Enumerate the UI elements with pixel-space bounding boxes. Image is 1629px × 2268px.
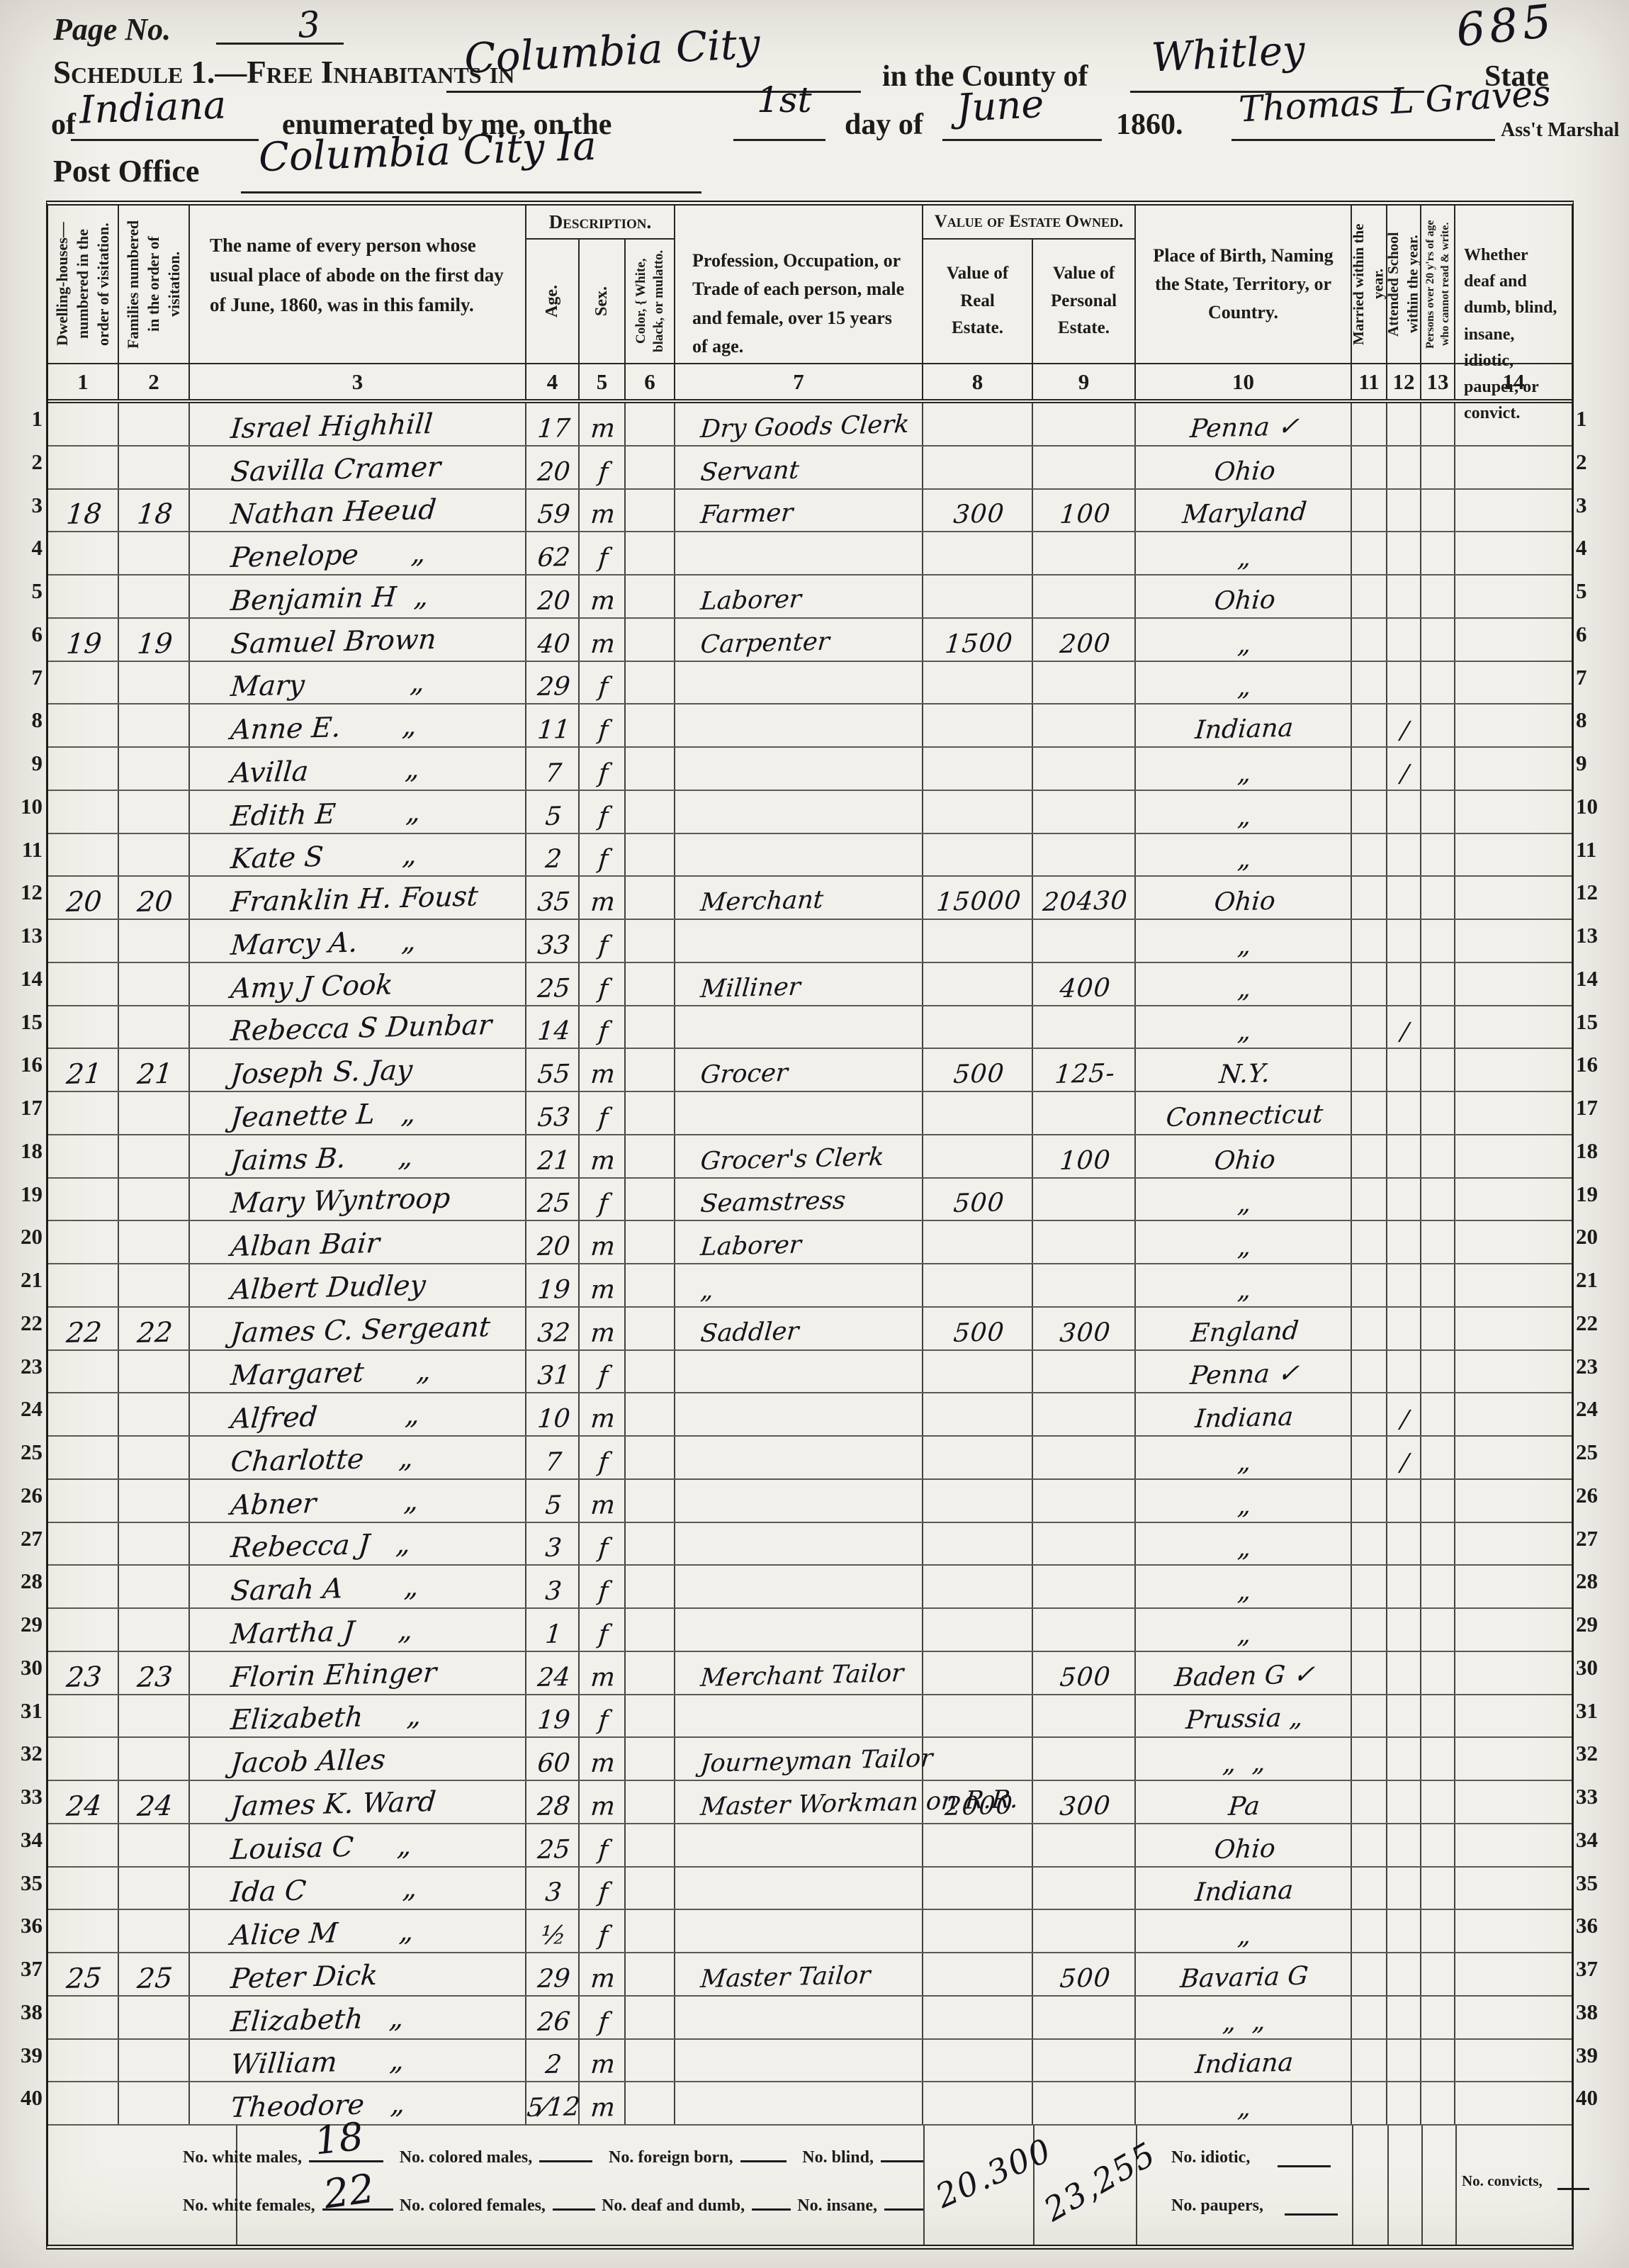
cell-text: 125- bbox=[1054, 1060, 1116, 1089]
cell-text: „ bbox=[1236, 1620, 1252, 1649]
cell-text: Albert Dudley bbox=[230, 1271, 427, 1305]
cell-age: ½ bbox=[526, 1910, 580, 1952]
cell-text: Penelope „ bbox=[230, 539, 427, 573]
cell-birthplace: „ bbox=[1136, 834, 1352, 876]
gutter-number-left: 26 bbox=[10, 1483, 43, 1508]
cell-school bbox=[1387, 662, 1421, 704]
gutter-number-left: 19 bbox=[10, 1181, 43, 1207]
cell-remarks bbox=[1455, 834, 1572, 876]
column-number: 11 bbox=[1352, 364, 1387, 399]
header-color-label: Color, { White, black, or mulatto. bbox=[632, 245, 667, 358]
cell-text: 25 bbox=[536, 1835, 571, 1864]
cell-married bbox=[1352, 1006, 1387, 1048]
cell-name: Rebecca J „ bbox=[190, 1523, 526, 1565]
schedule-place-written: Columbia City bbox=[463, 19, 762, 83]
cell-family bbox=[119, 1523, 190, 1565]
real-estate-total: 20.300 bbox=[930, 2131, 1057, 2216]
cell-real_estate bbox=[923, 1221, 1033, 1263]
cell-text: 32 bbox=[536, 1318, 571, 1347]
cell-text: „ bbox=[1236, 1578, 1252, 1606]
cell-text: 29 bbox=[536, 673, 571, 702]
gutter-number-right: 3 bbox=[1576, 493, 1608, 518]
cell-text: Prussia „ bbox=[1185, 1704, 1304, 1735]
cell-text: m bbox=[590, 1965, 616, 1994]
cell-text: Merchant bbox=[699, 886, 825, 917]
cell-birthplace: Ohio bbox=[1136, 877, 1352, 919]
cell-age: 53 bbox=[526, 1092, 580, 1134]
cell-occupation bbox=[675, 1523, 923, 1565]
cell-color bbox=[626, 791, 675, 833]
gutter-number-left: 21 bbox=[10, 1267, 43, 1293]
cell-text: Connecticut bbox=[1165, 1100, 1324, 1132]
cell-text: f bbox=[597, 1620, 609, 1649]
cell-school bbox=[1387, 1868, 1421, 1909]
cell-personal_estate bbox=[1033, 1910, 1136, 1952]
cell-dwelling bbox=[48, 1910, 119, 1952]
cell-occupation: Carpenter bbox=[675, 619, 923, 661]
cell-family: 23 bbox=[119, 1652, 190, 1694]
cell-text: Martha J „ bbox=[230, 1617, 414, 1649]
cell-personal_estate: 125- bbox=[1033, 1049, 1136, 1091]
header-families: Families numbered in the order of visita… bbox=[119, 206, 190, 363]
cell-age: 3 bbox=[526, 1566, 580, 1607]
cell-name: Charlotte „ bbox=[190, 1437, 526, 1478]
cell-family bbox=[119, 532, 190, 574]
colored-males-underline bbox=[539, 2157, 592, 2162]
cell-sex: m bbox=[580, 1308, 626, 1349]
gutter-number-right: 30 bbox=[1576, 1655, 1608, 1680]
cell-name: Savilla Cramer bbox=[190, 447, 526, 488]
cell-married bbox=[1352, 1738, 1387, 1780]
cell-color bbox=[626, 1910, 675, 1952]
cell-text: 23 bbox=[65, 1663, 103, 1692]
cell-age: 28 bbox=[526, 1781, 580, 1823]
cell-occupation bbox=[675, 1092, 923, 1134]
cell-name: Martha J „ bbox=[190, 1609, 526, 1651]
cell-birthplace: „ bbox=[1136, 748, 1352, 790]
cell-text: „ bbox=[1236, 1276, 1252, 1304]
cell-text: „ bbox=[1236, 2094, 1252, 2123]
table-row: Jacob Alles60mJourneyman Tailor„ „ bbox=[48, 1738, 1572, 1781]
cell-text: 400 bbox=[1059, 974, 1112, 1004]
cell-birthplace: „ bbox=[1136, 1437, 1352, 1478]
cell-married bbox=[1352, 1523, 1387, 1565]
cell-remarks bbox=[1455, 447, 1572, 488]
cell-personal_estate bbox=[1033, 2082, 1136, 2124]
gutter-number-left: 40 bbox=[10, 2085, 43, 2111]
cell-school bbox=[1387, 1910, 1421, 1952]
cell-age: 20 bbox=[526, 576, 580, 617]
idiotic-underline bbox=[1278, 2162, 1331, 2167]
cell-school bbox=[1387, 2040, 1421, 2082]
cell-text: 3 bbox=[544, 1577, 563, 1606]
table-row: Benjamin H „20mLaborerOhio bbox=[48, 576, 1572, 619]
gutter-number-right: 37 bbox=[1576, 1956, 1608, 1982]
cell-married bbox=[1352, 1437, 1387, 1478]
cell-text: Jaims B. „ bbox=[230, 1143, 414, 1175]
gutter-number-right: 10 bbox=[1576, 794, 1608, 819]
cell-cannot_read bbox=[1421, 1308, 1455, 1349]
cell-text: 3 bbox=[544, 1534, 563, 1564]
cell-occupation: Saddler bbox=[675, 1308, 923, 1349]
cell-real_estate bbox=[923, 1824, 1033, 1866]
cell-name: Franklin H. Foust bbox=[190, 877, 526, 919]
census-page: Page No. 3 685 Schedule 1.—Free Inhabita… bbox=[0, 0, 1629, 2268]
county-written: Whitley bbox=[1150, 27, 1306, 81]
table-row: Martha J „1f„ bbox=[48, 1609, 1572, 1652]
cell-family: 20 bbox=[119, 877, 190, 919]
cell-cannot_read bbox=[1421, 791, 1455, 833]
cell-color bbox=[626, 619, 675, 661]
deaf-dumb-group: No. deaf and dumb, bbox=[602, 2196, 791, 2216]
cell-sex: m bbox=[580, 2040, 626, 2082]
cell-cannot_read bbox=[1421, 619, 1455, 661]
cell-school bbox=[1387, 1781, 1421, 1823]
paupers-label: No. paupers, bbox=[1171, 2196, 1263, 2216]
cell-text: Saddler bbox=[699, 1317, 800, 1347]
cell-occupation bbox=[675, 1566, 923, 1607]
cell-married bbox=[1352, 447, 1387, 488]
cell-color bbox=[626, 748, 675, 790]
cell-birthplace: „ bbox=[1136, 1006, 1352, 1048]
cell-color bbox=[626, 1652, 675, 1694]
gutter-number-left: 9 bbox=[10, 751, 43, 776]
cell-text: „ bbox=[1236, 544, 1252, 573]
cell-age: 3 bbox=[526, 1523, 580, 1565]
cell-family bbox=[119, 1006, 190, 1048]
cell-text: Seamstress bbox=[699, 1186, 847, 1218]
cell-text: Louisa C „ bbox=[230, 1831, 412, 1864]
cell-school bbox=[1387, 963, 1421, 1005]
gutter-number-right: 21 bbox=[1576, 1267, 1608, 1293]
cell-sex: f bbox=[580, 447, 626, 488]
cell-sex: f bbox=[580, 1566, 626, 1607]
cell-text: f bbox=[597, 544, 609, 573]
cell-school bbox=[1387, 1953, 1421, 1995]
gutter-number-right: 18 bbox=[1576, 1138, 1608, 1164]
cell-cannot_read bbox=[1421, 1609, 1455, 1651]
cell-name: Jeanette L „ bbox=[190, 1092, 526, 1134]
table-row: Penelope „62f„ bbox=[48, 532, 1572, 576]
cell-name: Penelope „ bbox=[190, 532, 526, 574]
cell-text: Rebecca S Dunbar bbox=[230, 1011, 492, 1046]
table-row: 2424James K. Ward28mMaster Workman on R.… bbox=[48, 1781, 1572, 1824]
cell-age: 62 bbox=[526, 532, 580, 574]
cell-color bbox=[626, 1135, 675, 1177]
state-written: Indiana bbox=[79, 82, 227, 132]
cell-birthplace: Ohio bbox=[1136, 1824, 1352, 1866]
cell-name: Rebecca S Dunbar bbox=[190, 1006, 526, 1048]
cell-family bbox=[119, 1824, 190, 1866]
gutter-number-right: 28 bbox=[1576, 1568, 1608, 1594]
header-married: Married within the year. bbox=[1352, 206, 1387, 363]
cell-text: 17 bbox=[536, 415, 571, 444]
cell-family bbox=[119, 791, 190, 833]
gutter-number-left: 36 bbox=[10, 1913, 43, 1938]
cell-sex: m bbox=[580, 403, 626, 445]
cell-cannot_read bbox=[1421, 2040, 1455, 2082]
cell-occupation bbox=[675, 791, 923, 833]
cell-name: Israel Highhill bbox=[190, 403, 526, 445]
cell-occupation bbox=[675, 1824, 923, 1866]
header-birthplace-label: Place of Birth, Naming the State, Territ… bbox=[1150, 242, 1336, 327]
underline bbox=[942, 139, 1102, 141]
cell-school bbox=[1387, 1308, 1421, 1349]
gutter-number-left: 12 bbox=[10, 880, 43, 905]
cell-text: f bbox=[597, 802, 609, 831]
cell-school bbox=[1387, 1566, 1421, 1607]
cell-occupation bbox=[675, 1695, 923, 1737]
cell-dwelling bbox=[48, 1695, 119, 1737]
cell-cannot_read bbox=[1421, 877, 1455, 919]
cell-cannot_read bbox=[1421, 1221, 1455, 1263]
column-number: 8 bbox=[923, 364, 1033, 399]
cell-married bbox=[1352, 920, 1387, 962]
cell-dwelling bbox=[48, 1179, 119, 1220]
cell-color bbox=[626, 1695, 675, 1737]
cell-cannot_read bbox=[1421, 1049, 1455, 1091]
cell-family: 24 bbox=[119, 1781, 190, 1823]
cell-color bbox=[626, 1738, 675, 1780]
cell-name: Edith E „ bbox=[190, 791, 526, 833]
cell-family bbox=[119, 1437, 190, 1478]
cell-remarks bbox=[1455, 704, 1572, 746]
cell-school bbox=[1387, 532, 1421, 574]
column-number: 7 bbox=[675, 364, 923, 399]
gutter-number-left: 24 bbox=[10, 1396, 43, 1422]
gutter-number-left: 13 bbox=[10, 923, 43, 948]
cell-remarks bbox=[1455, 1523, 1572, 1565]
cell-birthplace: „ bbox=[1136, 1480, 1352, 1522]
cell-remarks bbox=[1455, 619, 1572, 661]
cell-real_estate bbox=[923, 748, 1033, 790]
table-row: Alban Bair20mLaborer„ bbox=[48, 1221, 1572, 1264]
cell-school bbox=[1387, 1480, 1421, 1522]
cell-sex: f bbox=[580, 1351, 626, 1393]
footer-divider bbox=[923, 2126, 925, 2246]
cell-color bbox=[626, 532, 675, 574]
cell-real_estate bbox=[923, 1006, 1033, 1048]
cell-remarks bbox=[1455, 1006, 1572, 1048]
cell-married bbox=[1352, 490, 1387, 532]
cell-text: Alice M „ bbox=[230, 1918, 415, 1950]
personal-estate-total: 23,255 bbox=[1037, 2134, 1163, 2228]
cell-birthplace: „ bbox=[1136, 1179, 1352, 1220]
cell-personal_estate bbox=[1033, 1264, 1136, 1306]
cell-cannot_read bbox=[1421, 2082, 1455, 2124]
cell-text: 10 bbox=[536, 1405, 571, 1434]
cell-text: Samuel Brown bbox=[230, 625, 437, 658]
gutter-number-right: 27 bbox=[1576, 1526, 1608, 1551]
table-row: Rebecca S Dunbar14f„∕ bbox=[48, 1006, 1572, 1050]
cell-occupation bbox=[675, 1997, 923, 2038]
cell-school bbox=[1387, 447, 1421, 488]
cell-name: Kate S „ bbox=[190, 834, 526, 876]
cell-real_estate bbox=[923, 834, 1033, 876]
cell-text: James C. Sergeant bbox=[230, 1313, 491, 1348]
cell-married bbox=[1352, 1824, 1387, 1866]
cell-family: 21 bbox=[119, 1049, 190, 1091]
cell-text: Carpenter bbox=[699, 627, 830, 658]
gutter-number-right: 4 bbox=[1576, 535, 1608, 561]
cell-color bbox=[626, 2040, 675, 2082]
cell-dwelling bbox=[48, 1868, 119, 1909]
page-no-underline bbox=[216, 43, 344, 45]
cell-text: Merchant Tailor bbox=[699, 1659, 905, 1692]
table-row: 2323Florin Ehinger24mMerchant Tailor500B… bbox=[48, 1652, 1572, 1695]
cell-remarks bbox=[1455, 1179, 1572, 1220]
table-row: Ida C „3fIndiana bbox=[48, 1868, 1572, 1911]
cell-text: 24 bbox=[65, 1792, 103, 1821]
cell-name: Florin Ehinger bbox=[190, 1652, 526, 1694]
cell-text: 21 bbox=[65, 1060, 103, 1089]
cell-remarks bbox=[1455, 1308, 1572, 1349]
table-footer: No. white males, 18 No. colored males, N… bbox=[48, 2126, 1572, 2246]
cell-cannot_read bbox=[1421, 1997, 1455, 2038]
day-written: 1st bbox=[757, 79, 812, 120]
header-real-estate: Value of Real Estate. bbox=[923, 240, 1033, 363]
cell-sex: m bbox=[580, 490, 626, 532]
cell-text: m bbox=[590, 630, 616, 659]
cell-text: f bbox=[597, 931, 609, 960]
column-number: 10 bbox=[1136, 364, 1352, 399]
cell-text: „ „ bbox=[1222, 2007, 1267, 2036]
cell-school bbox=[1387, 1523, 1421, 1565]
cell-occupation bbox=[675, 662, 923, 704]
header-school: Attended School within the year. bbox=[1387, 206, 1421, 363]
cell-sex: f bbox=[580, 532, 626, 574]
cell-name: Jaims B. „ bbox=[190, 1135, 526, 1177]
cell-age: 20 bbox=[526, 447, 580, 488]
cell-age: 10 bbox=[526, 1393, 580, 1435]
cell-text: m bbox=[590, 500, 616, 529]
cell-married bbox=[1352, 1997, 1387, 2038]
cell-text: m bbox=[590, 1405, 616, 1434]
cell-name: Alfred „ bbox=[190, 1393, 526, 1435]
cell-cannot_read bbox=[1421, 1092, 1455, 1134]
cell-occupation: Master Workman on R.R. bbox=[675, 1781, 923, 1823]
gutter-number-right: 25 bbox=[1576, 1439, 1608, 1465]
cell-married bbox=[1352, 1609, 1387, 1651]
cell-text: „ bbox=[1236, 931, 1252, 960]
cell-sex: f bbox=[580, 1179, 626, 1220]
cell-color bbox=[626, 1049, 675, 1091]
header-personal-estate: Value of Personal Estate. bbox=[1033, 240, 1136, 363]
cell-name: Samuel Brown bbox=[190, 619, 526, 661]
cell-birthplace: „ bbox=[1136, 1523, 1352, 1565]
underline bbox=[241, 191, 701, 193]
cell-real_estate bbox=[923, 662, 1033, 704]
cell-family bbox=[119, 1092, 190, 1134]
column-number: 3 bbox=[190, 364, 526, 399]
cell-text: 35 bbox=[536, 888, 571, 917]
gutter-number-right: 16 bbox=[1576, 1052, 1608, 1077]
cell-cannot_read bbox=[1421, 1781, 1455, 1823]
cell-color bbox=[626, 1868, 675, 1909]
cell-text: Margaret „ bbox=[230, 1357, 432, 1391]
cell-family bbox=[119, 2082, 190, 2124]
cell-text: 14 bbox=[536, 1017, 571, 1046]
cell-text: 20 bbox=[536, 457, 571, 486]
footer-divider bbox=[1352, 2126, 1353, 2246]
gutter-number-right: 20 bbox=[1576, 1224, 1608, 1250]
footer-line-1: No. white males, 18 No. colored males, N… bbox=[183, 2148, 923, 2167]
marshal-label: Ass't Marshal bbox=[1501, 119, 1619, 142]
cell-personal_estate bbox=[1033, 1006, 1136, 1048]
gutter-number-right: 31 bbox=[1576, 1698, 1608, 1724]
cell-age: 7 bbox=[526, 748, 580, 790]
table-row: Elizabeth „26f„ „ bbox=[48, 1997, 1572, 2040]
cell-cannot_read bbox=[1421, 1264, 1455, 1306]
cell-age: 5 bbox=[526, 791, 580, 833]
cell-age: 2 bbox=[526, 2040, 580, 2082]
year-label: 1860. bbox=[1116, 108, 1183, 142]
cell-text: Milliner bbox=[699, 972, 801, 1003]
cell-personal_estate bbox=[1033, 920, 1136, 962]
cell-real_estate bbox=[923, 532, 1033, 574]
cell-school bbox=[1387, 1049, 1421, 1091]
cell-name: Margaret „ bbox=[190, 1351, 526, 1393]
cell-remarks bbox=[1455, 1953, 1572, 1995]
cell-text: Sarah A „ bbox=[230, 1573, 419, 1606]
cell-real_estate bbox=[923, 1566, 1033, 1607]
cell-married bbox=[1352, 1092, 1387, 1134]
table-row: William „2mIndiana bbox=[48, 2040, 1572, 2083]
cell-age: 33 bbox=[526, 920, 580, 962]
cell-real_estate bbox=[923, 1092, 1033, 1134]
table-row: Alfred „10mIndiana∕ bbox=[48, 1393, 1572, 1437]
cell-school bbox=[1387, 619, 1421, 661]
cell-dwelling: 24 bbox=[48, 1781, 119, 1823]
cell-sex: f bbox=[580, 1997, 626, 2038]
cell-text: „ bbox=[1236, 975, 1252, 1003]
cell-personal_estate bbox=[1033, 576, 1136, 617]
cell-text: ∕ bbox=[1399, 1448, 1410, 1476]
cell-real_estate: 500 bbox=[923, 1179, 1033, 1220]
cell-text: Elizabeth „ bbox=[230, 1702, 422, 1736]
cell-age: 25 bbox=[526, 1179, 580, 1220]
cell-sex: f bbox=[580, 963, 626, 1005]
cell-sex: f bbox=[580, 704, 626, 746]
cell-personal_estate bbox=[1033, 791, 1136, 833]
cell-personal_estate bbox=[1033, 1566, 1136, 1607]
cell-text: ∕ bbox=[1399, 759, 1410, 787]
header-cannot-read-label: Persons over 20 y'rs of age who cannot r… bbox=[1423, 212, 1453, 357]
table-row: Theodore „5⁄12m„ bbox=[48, 2082, 1572, 2126]
blind-underline bbox=[881, 2157, 923, 2162]
gutter-number-left: 22 bbox=[10, 1310, 43, 1336]
cell-text: 3 bbox=[544, 1879, 563, 1908]
cell-text: 20 bbox=[136, 888, 174, 917]
cell-color bbox=[626, 1824, 675, 1866]
cell-real_estate: 300 bbox=[923, 490, 1033, 532]
cell-color bbox=[626, 1221, 675, 1263]
cell-text: m bbox=[590, 888, 616, 917]
cell-school bbox=[1387, 403, 1421, 445]
cell-age: 7 bbox=[526, 1437, 580, 1478]
cell-text: 24 bbox=[136, 1792, 174, 1821]
cell-family bbox=[119, 1910, 190, 1952]
cell-remarks bbox=[1455, 2082, 1572, 2124]
cell-sex: f bbox=[580, 1824, 626, 1866]
cell-personal_estate bbox=[1033, 1997, 1136, 2038]
cell-color bbox=[626, 447, 675, 488]
cell-text: m bbox=[590, 1491, 616, 1520]
cell-school: ∕ bbox=[1387, 1437, 1421, 1478]
cell-remarks bbox=[1455, 2040, 1572, 2082]
cell-text: f bbox=[597, 1707, 609, 1735]
description-group-label: Description. bbox=[549, 211, 652, 233]
